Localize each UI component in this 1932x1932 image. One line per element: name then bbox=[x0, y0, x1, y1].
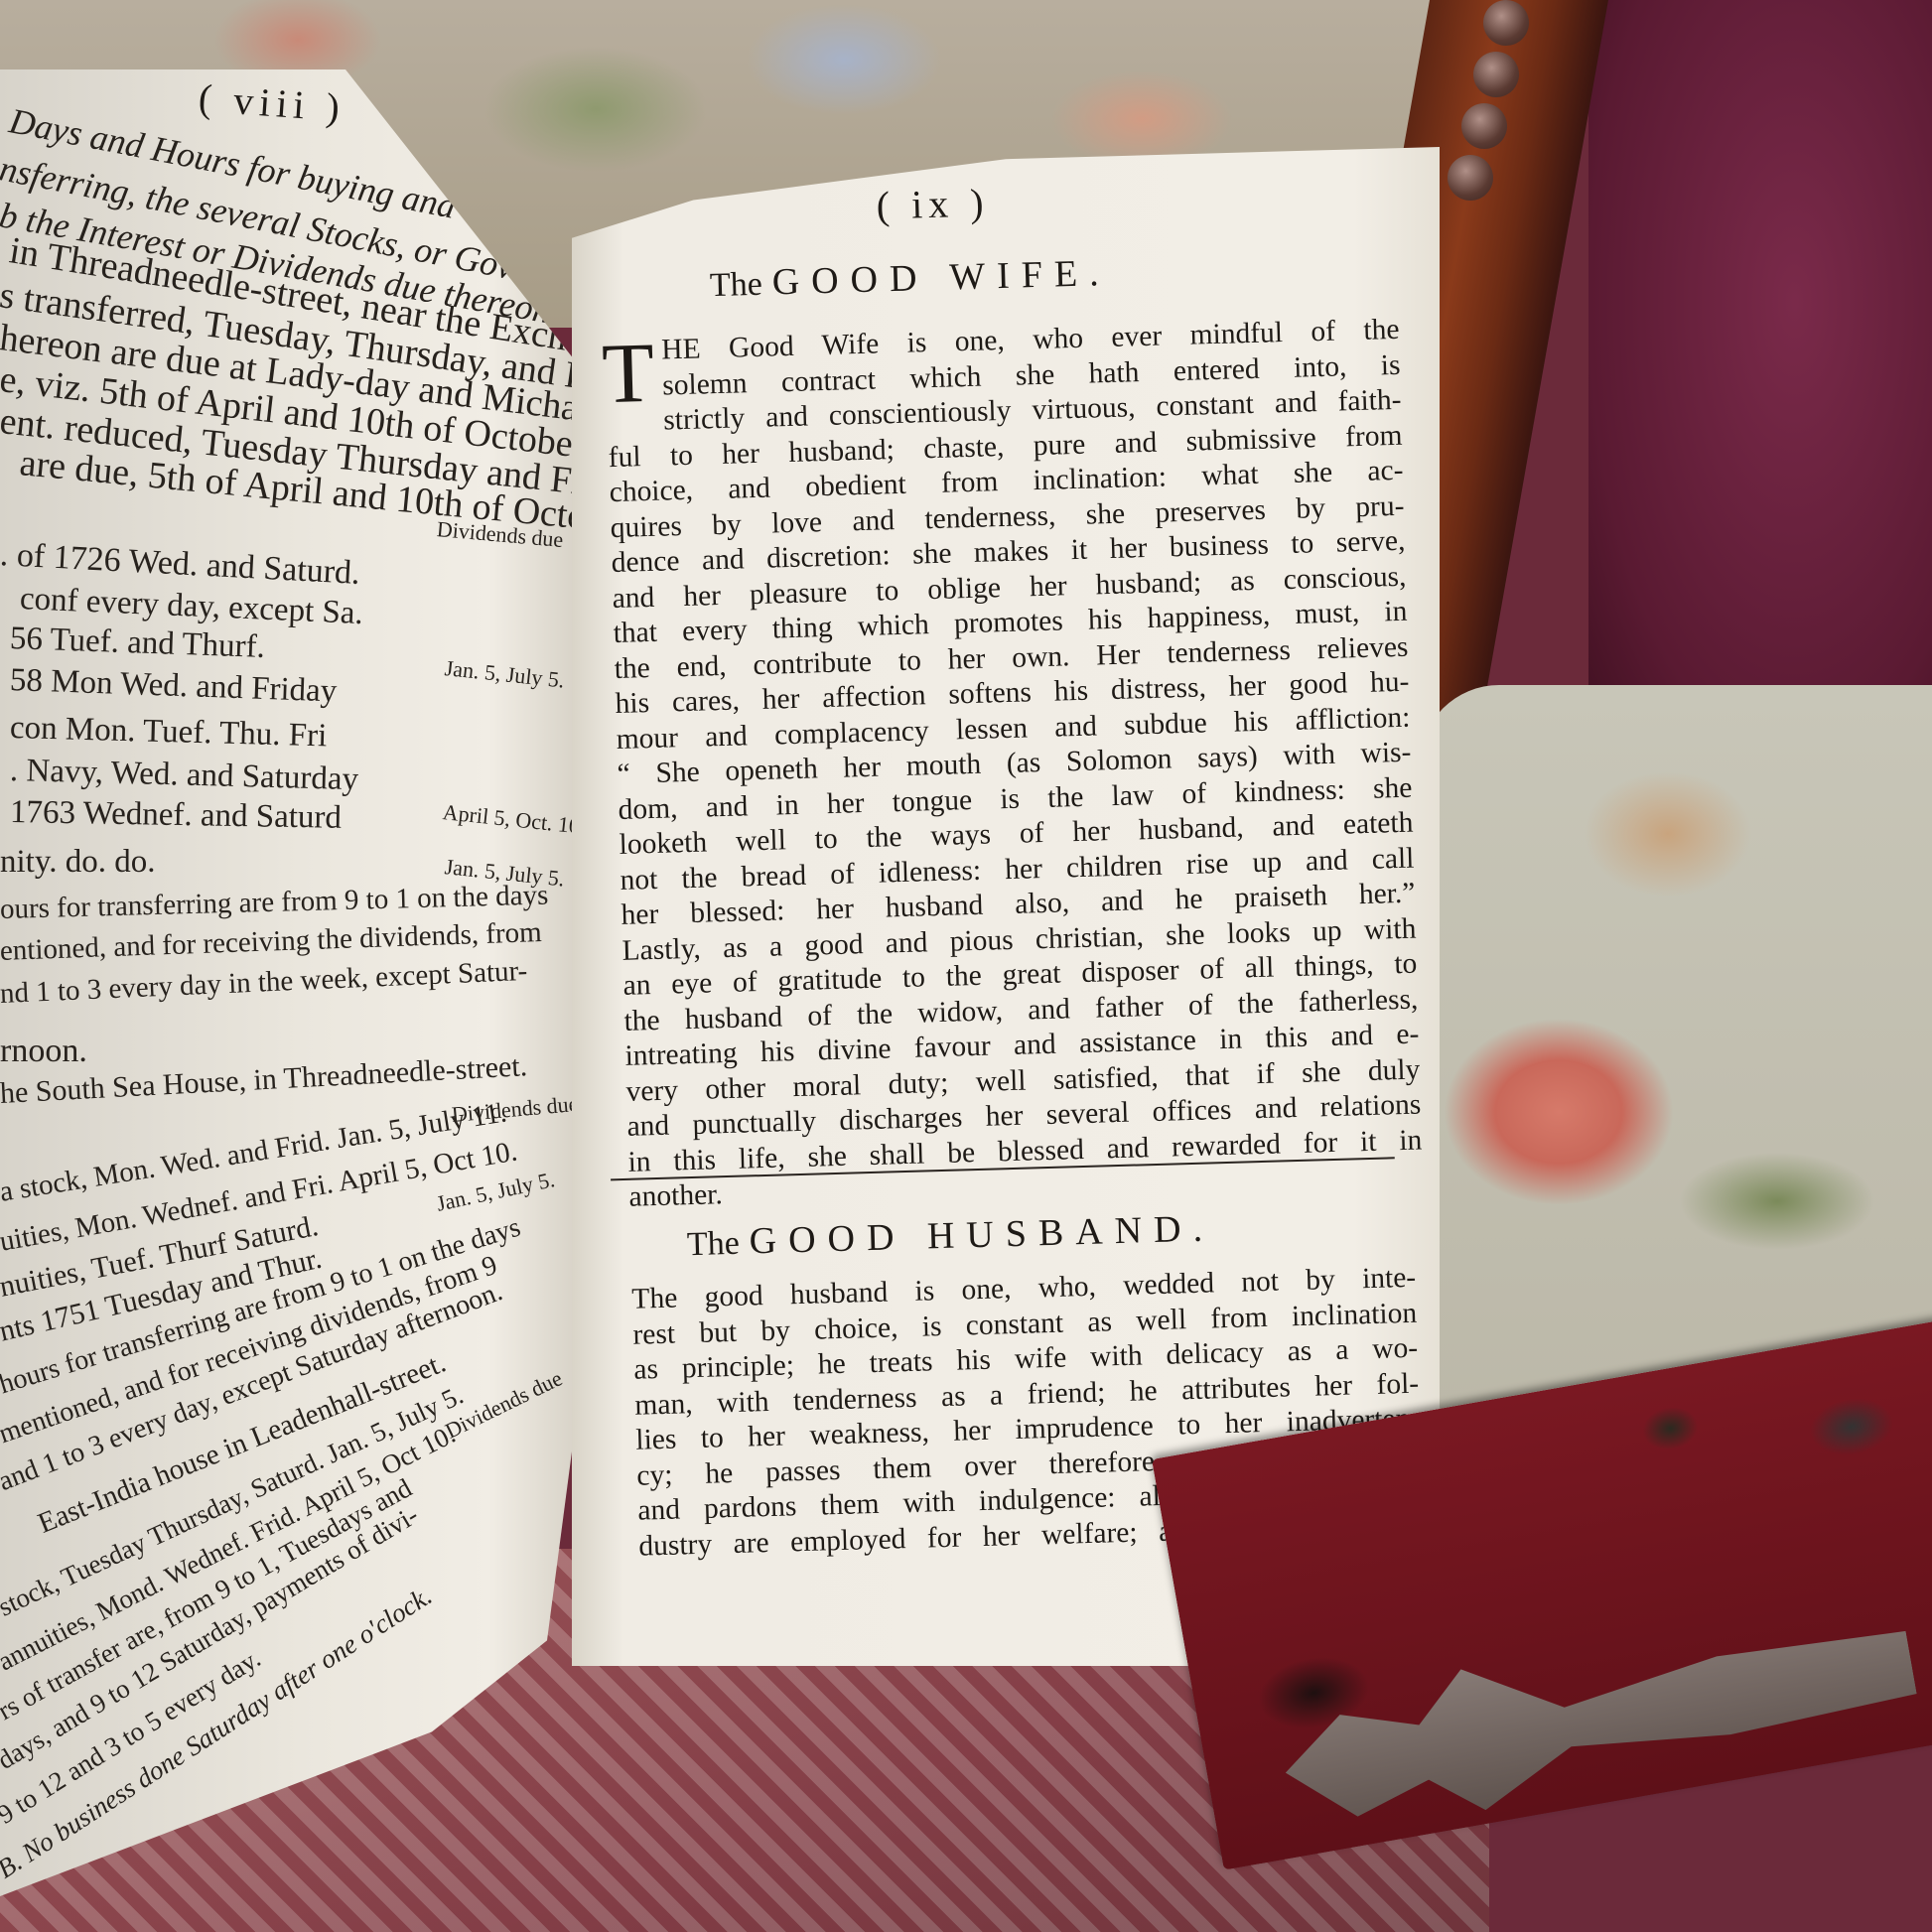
dividend-date: April 5, Oct. 10. bbox=[442, 799, 587, 840]
stock-row: 1763 Wednef. and Saturd bbox=[10, 794, 343, 837]
title-caps: GOOD HUSBAND. bbox=[749, 1207, 1214, 1262]
title-prefix: The bbox=[709, 266, 762, 304]
section-title-good-wife: TheGOOD WIFE. bbox=[709, 251, 1111, 306]
title-prefix: The bbox=[686, 1225, 740, 1263]
dividend-date: Jan. 5, July 5. bbox=[444, 655, 566, 694]
section-title-good-husband: TheGOOD HUSBAND. bbox=[686, 1206, 1214, 1265]
stock-row: . Navy, Wed. and Saturday bbox=[10, 753, 359, 798]
stock-row: 56 Tuef. and Thurf. bbox=[9, 621, 265, 666]
stock-row: 58 Mon Wed. and Friday bbox=[9, 662, 338, 710]
title-caps: GOOD WIFE. bbox=[771, 252, 1111, 304]
page-number-left: ( viii ) bbox=[198, 74, 347, 131]
page-number-right: ( ix ) bbox=[876, 179, 990, 228]
stock-row: con Mon. Tuef. Thu. Fri bbox=[10, 710, 328, 755]
left-page: ( viii ) Days and Hours for buying and a… bbox=[0, 69, 576, 1896]
good-wife-paragraph: T HE Good Wife is one, who ever mindful … bbox=[605, 313, 1423, 1215]
left-page-text-line: rnoon. bbox=[0, 1033, 87, 1070]
drop-cap: T bbox=[601, 338, 654, 408]
stock-row: nity. do. do. bbox=[0, 844, 155, 881]
